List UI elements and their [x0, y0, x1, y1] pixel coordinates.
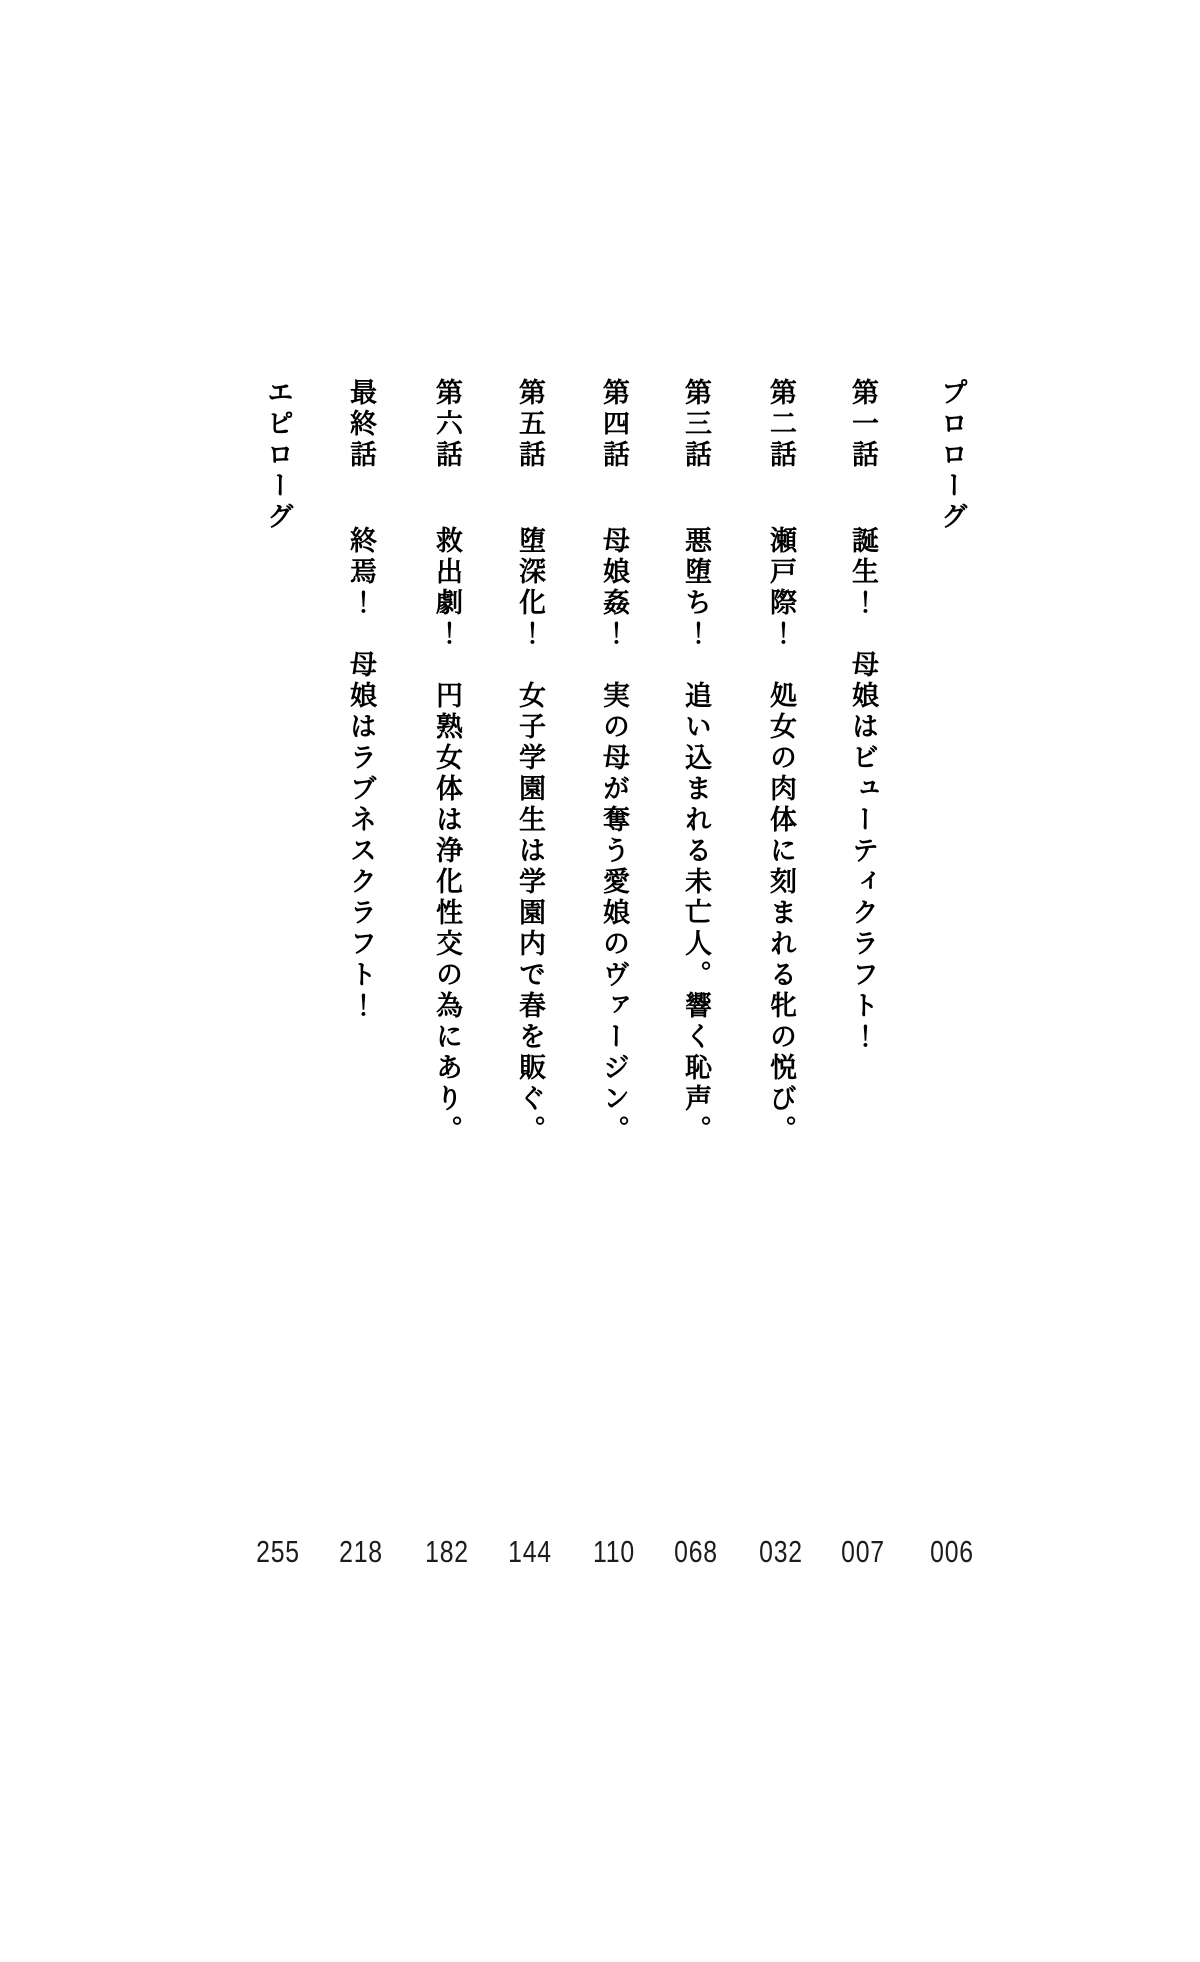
- page-number: 182: [411, 1534, 483, 1570]
- chapter-label: 第六話: [432, 378, 462, 471]
- chapter-title: 誕生！ 母娘はビューティクラフト！: [848, 526, 878, 1053]
- chapter-label: 第一話: [848, 378, 878, 471]
- chapter-title: 母娘姦！ 実の母が奪う愛娘のヴァージン。: [599, 526, 629, 1146]
- page-number: 144: [494, 1534, 566, 1570]
- chapter-label: 最終話: [346, 378, 376, 471]
- chapter-title: 堕深化！ 女子学園生は学園内で春を販ぐ。: [515, 526, 545, 1146]
- page-number: 007: [827, 1534, 899, 1570]
- chapter-label: エピローグ: [263, 378, 293, 533]
- chapter-label: 第二話: [766, 378, 796, 471]
- chapter-title: 救出劇！ 円熟女体は浄化性交の為にあり。: [432, 526, 462, 1146]
- page-number: 006: [916, 1534, 988, 1570]
- chapter-title: 瀬戸際！ 処女の肉体に刻まれる牝の悦び。: [766, 526, 796, 1146]
- page-number: 255: [242, 1534, 314, 1570]
- chapter-title: 終焉！ 母娘はラブネスクラフト！: [346, 526, 376, 1022]
- chapter-label: プロローグ: [937, 378, 967, 533]
- page-number: 068: [660, 1534, 732, 1570]
- page-number: 218: [325, 1534, 397, 1570]
- chapter-label: 第四話: [599, 378, 629, 471]
- page-number: 110: [578, 1534, 650, 1570]
- toc-page: プロローグ 006 第一話 誕生！ 母娘はビューティクラフト！ 007 第二話 …: [0, 0, 1200, 1962]
- chapter-title: 悪堕ち！ 追い込まれる未亡人。響く恥声。: [681, 526, 711, 1146]
- page-number: 032: [745, 1534, 817, 1570]
- chapter-label: 第三話: [681, 378, 711, 471]
- chapter-label: 第五話: [515, 378, 545, 471]
